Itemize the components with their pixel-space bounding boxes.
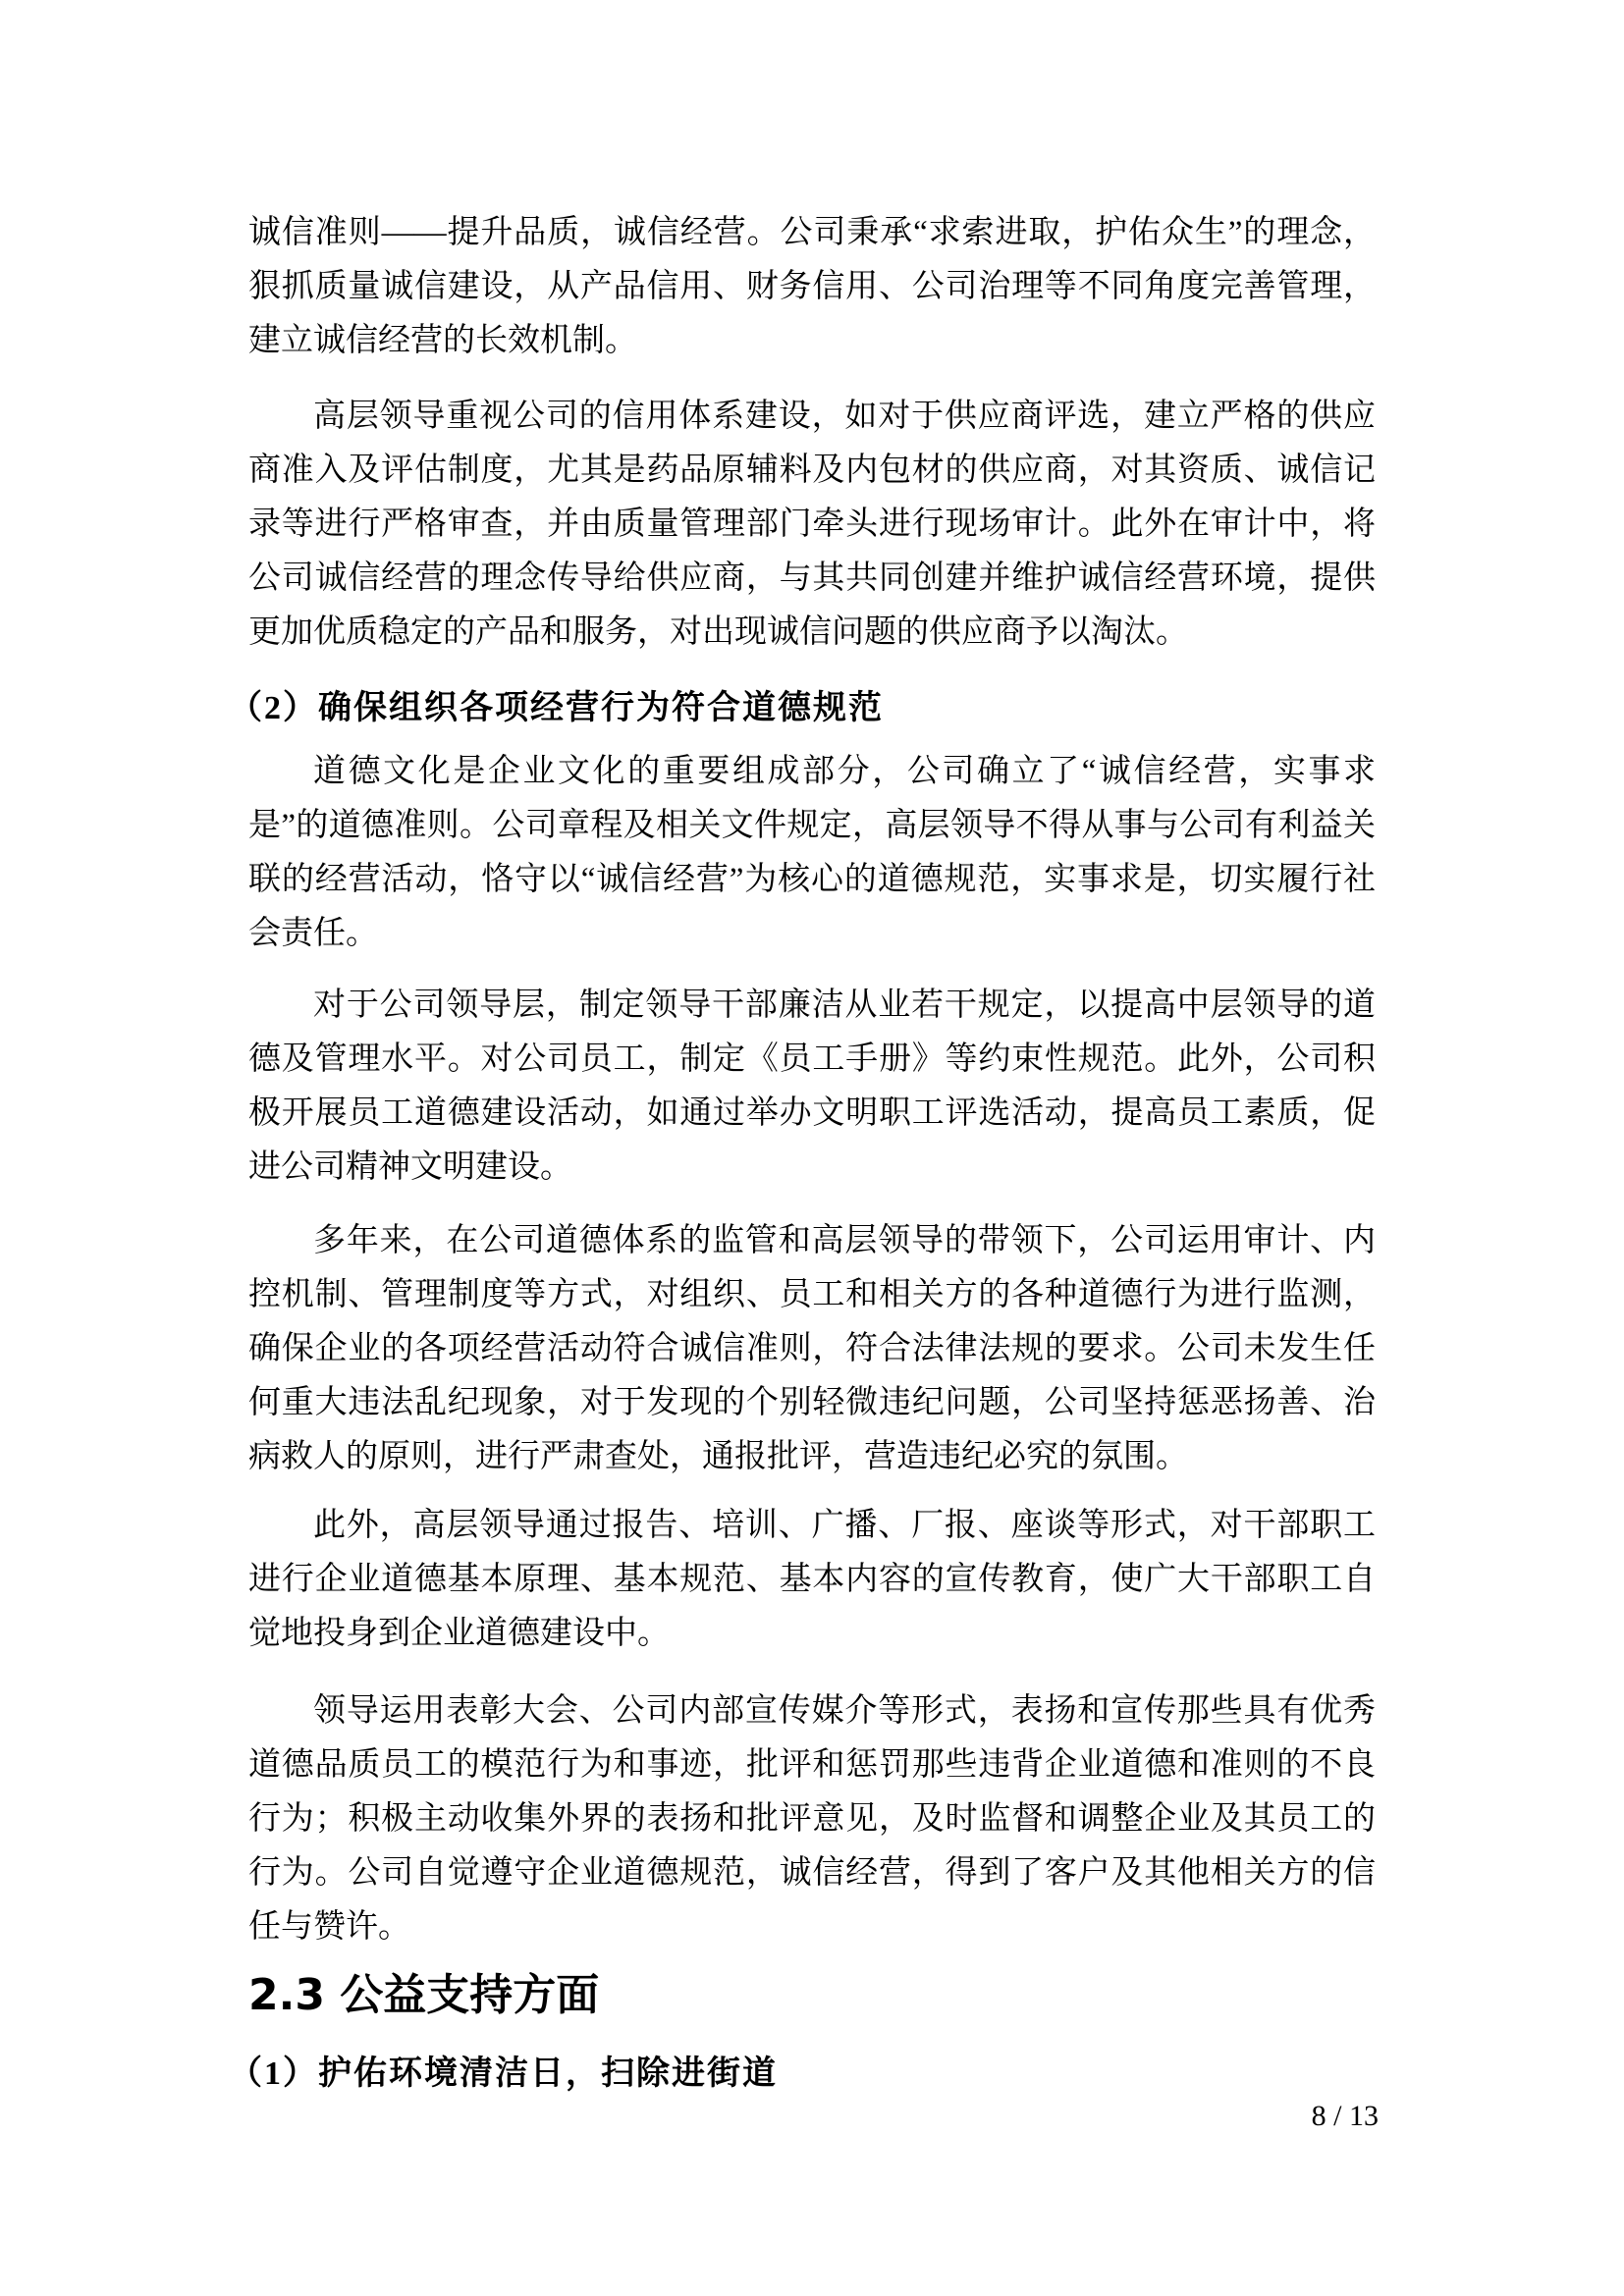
page-number: 8 / 13 xyxy=(1312,2099,1379,2134)
paragraph-ethics-culture: 道德文化是企业文化的重要组成部分，公司确立了“诚信经营，实事求是”的道德准则。公… xyxy=(248,745,1376,961)
paragraph-integrity-principle: 诚信准则——提升品质，诚信经营。公司秉承“求索进取，护佑众生”的理念，狠抓质量诚… xyxy=(248,206,1376,368)
heading-cleanup-day-item: （1）护佑环境清洁日，扫除进街道 xyxy=(229,2047,1376,2101)
paragraph-ethics-supervision: 多年来，在公司道德体系的监管和高层领导的带领下，公司运用审计、内控机制、管理制度… xyxy=(248,1214,1376,1484)
paragraph-ethics-education: 此外，高层领导通过报告、培训、广播、厂报、座谈等形式，对干部职工进行企业道德基本… xyxy=(248,1499,1376,1661)
heading-public-welfare-section: 2.3 公益支持方面 xyxy=(248,1970,1376,2021)
document-page: 诚信准则——提升品质，诚信经营。公司秉承“求索进取，护佑众生”的理念，狠抓质量诚… xyxy=(0,0,1624,2296)
paragraph-supplier-credit: 高层领导重视公司的信用体系建设，如对于供应商评选，建立严格的供应商准入及评估制度… xyxy=(248,390,1376,660)
paragraph-recognition: 领导运用表彰大会、公司内部宣传媒介等形式，表扬和宣传那些具有优秀道德品质员工的模… xyxy=(248,1684,1376,1954)
page-body: 诚信准则——提升品质，诚信经营。公司秉承“求索进取，护佑众生”的理念，狠抓质量诚… xyxy=(248,206,1376,2101)
heading-ethics-item: （2）确保组织各项经营行为符合道德规范 xyxy=(229,681,1376,735)
paragraph-leadership-rules: 对于公司领导层，制定领导干部廉洁从业若干规定，以提高中层领导的道德及管理水平。对… xyxy=(248,979,1376,1195)
